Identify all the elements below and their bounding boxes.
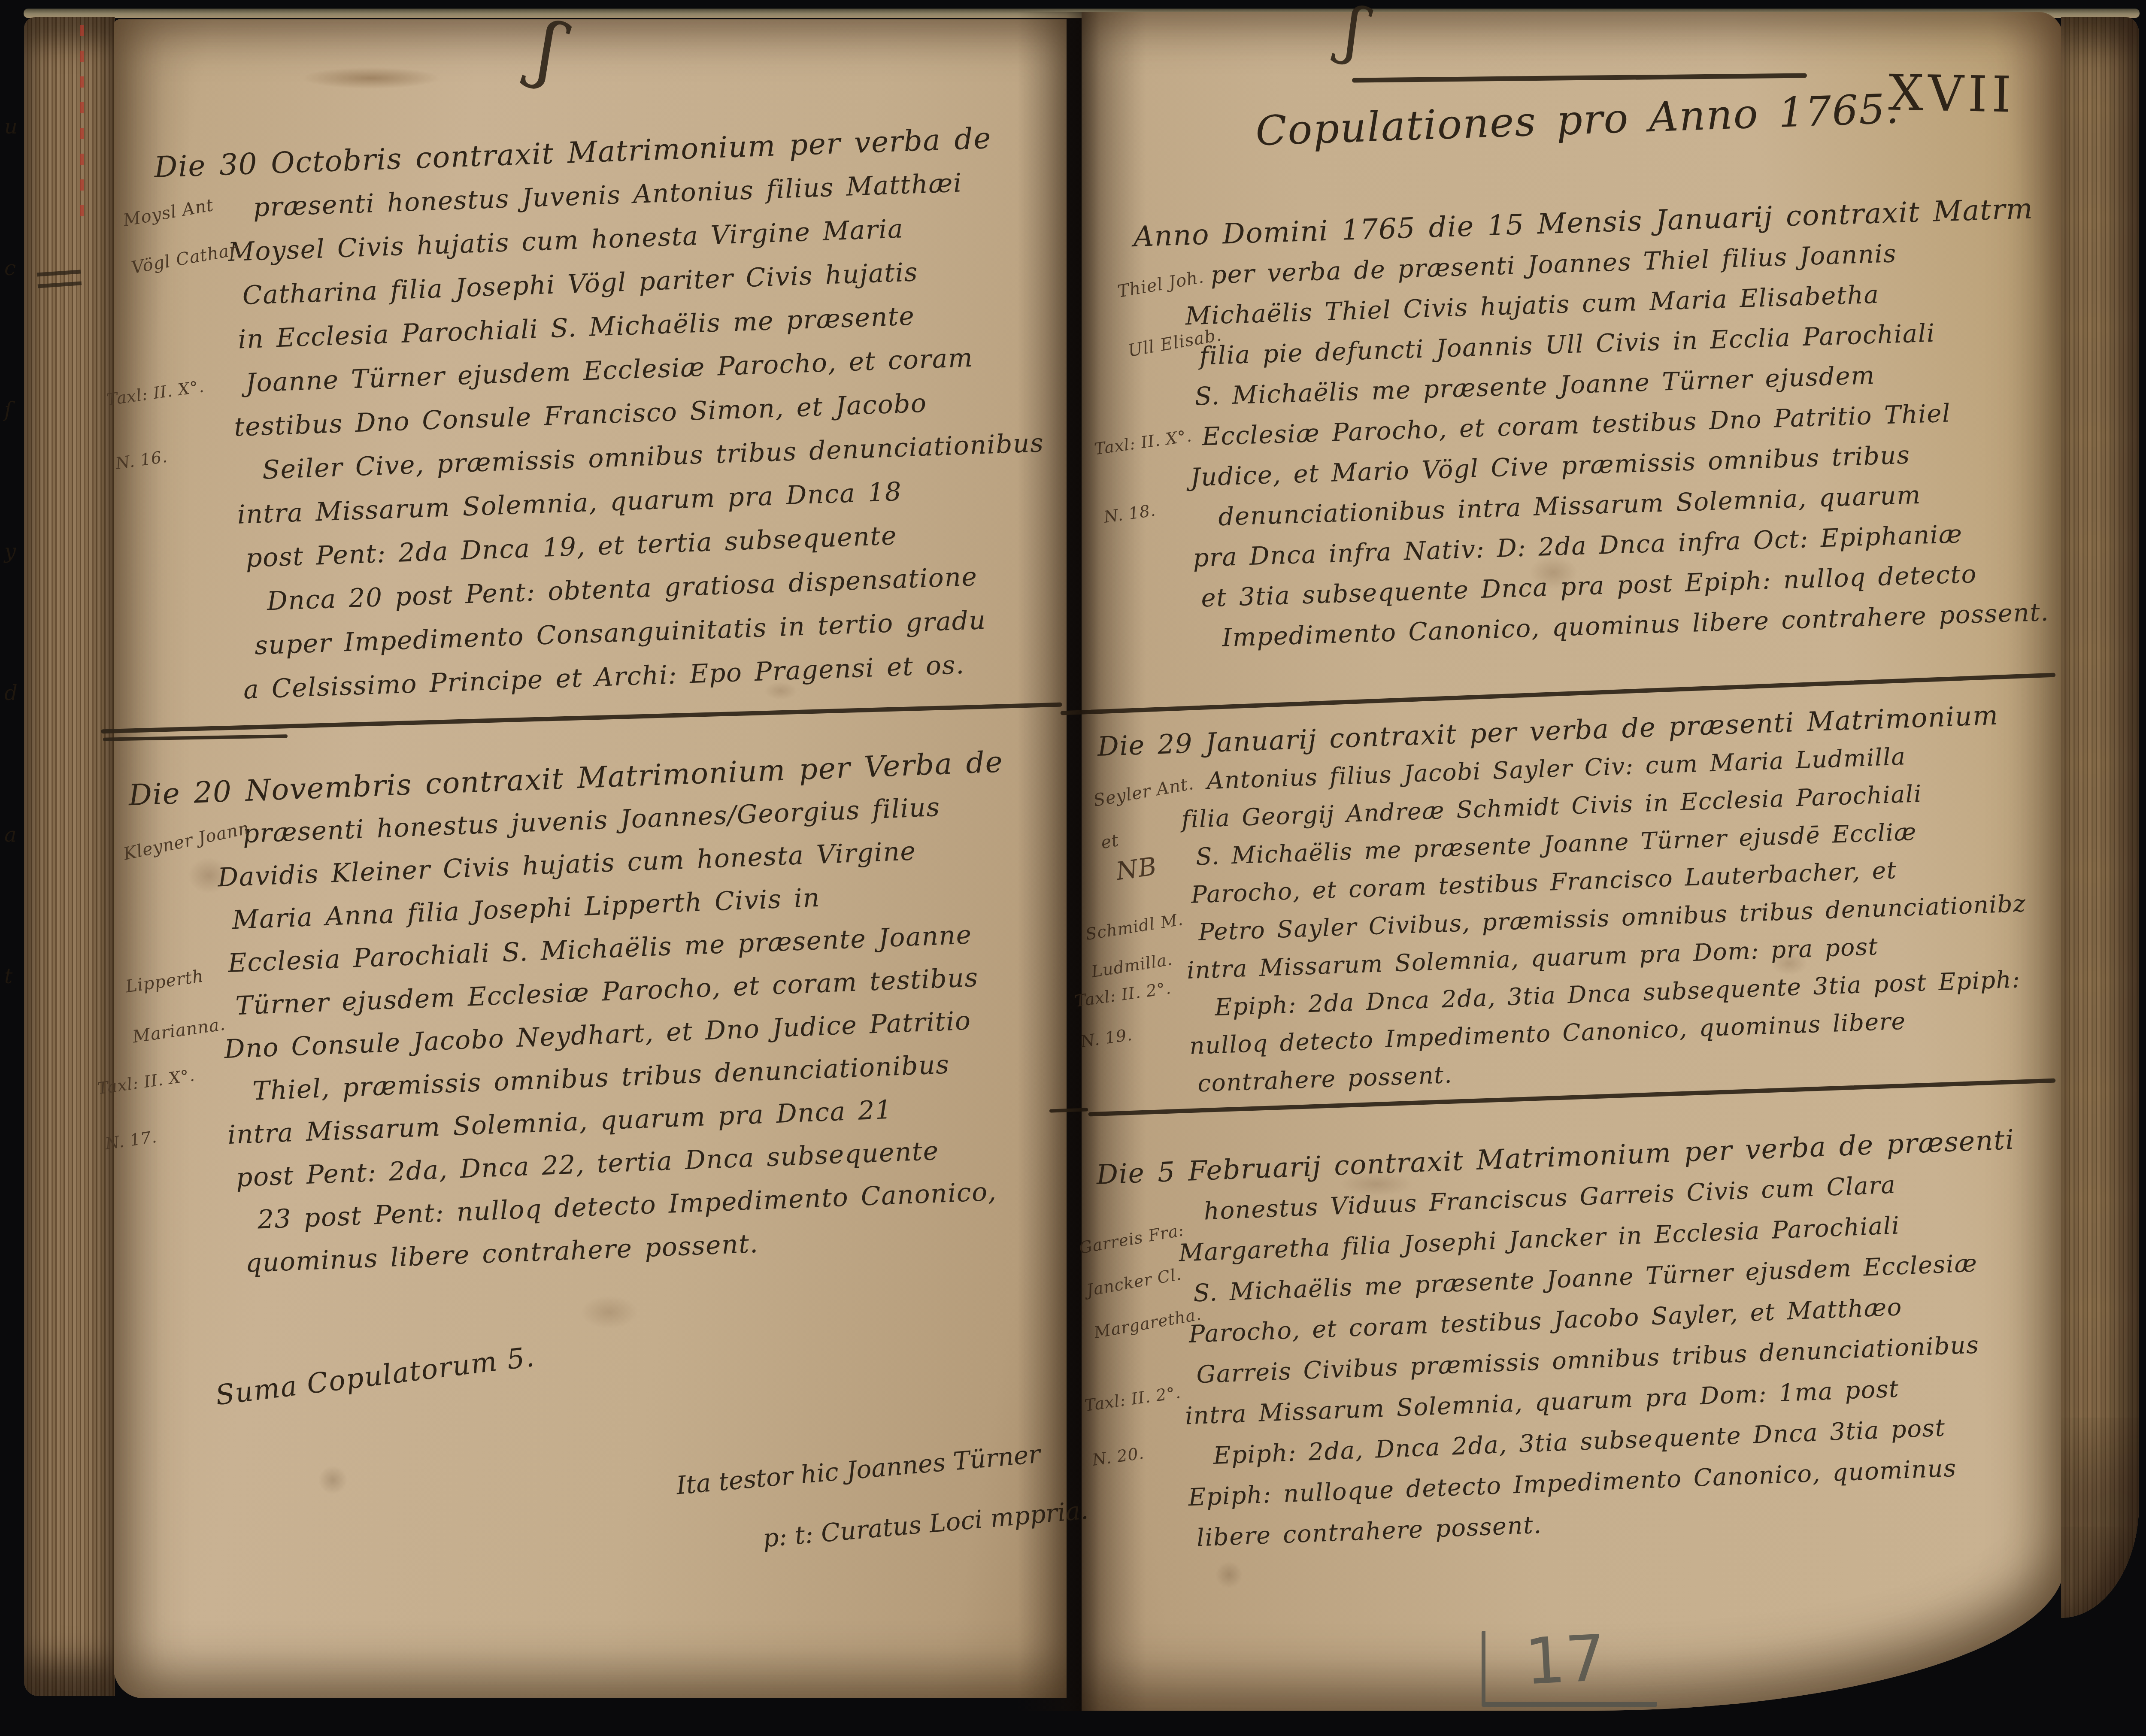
text-line: c <box>4 197 43 339</box>
margin-tax-left-2: Taxl: II. X°.N. 17. <box>94 1047 206 1171</box>
prev-page-text-fragments: ucſydat <box>4 56 43 1047</box>
fore-edge-right <box>2061 17 2139 1618</box>
margin-names-left-2b: LipperthMarianna. <box>122 949 229 1062</box>
red-stamp-marks <box>80 25 84 227</box>
marriage-entry-left-2: Die 20 Novembris contraxit Matrimonium p… <box>214 740 1022 1285</box>
gutter-shadow <box>1017 12 1146 1711</box>
pencil-page-number-value: 17 <box>1523 1621 1608 1699</box>
marriage-entry-left-1: Die 30 Octobris contraxit Matrimonium pe… <box>224 115 1052 712</box>
text-line: t <box>4 906 43 1047</box>
marriage-entry-right-1: Anno Domini 1765 die 15 Mensis Januarij … <box>1182 188 2049 659</box>
text-line: N. 16. <box>111 418 217 495</box>
text-line: u <box>4 56 43 197</box>
page-number-roman: XVII <box>1888 64 2016 124</box>
text-line: y <box>4 481 43 622</box>
marriage-entry-right-2: Die 29 Januarij contraxit per verba de p… <box>1178 696 2032 1103</box>
marriage-entry-right-3: Die 5 Februarij contraxit Matrimonium pe… <box>1175 1119 2029 1559</box>
margin-tax-left-1: Taxl: II. X°.N. 16. <box>102 354 217 496</box>
text-line: ſ <box>4 339 43 481</box>
manuscript-scan: ucſydat ʃ Die 30 Octobris contraxit Matr… <box>0 0 2146 1736</box>
text-line: d <box>4 622 43 764</box>
text-line: Taxl: II. X°. <box>102 354 208 432</box>
margin-names-left-1: Moysl AntVögl Cathar. <box>119 178 246 292</box>
pencil-page-number: 17 <box>1482 1631 1657 1707</box>
text-line: a <box>4 764 43 906</box>
